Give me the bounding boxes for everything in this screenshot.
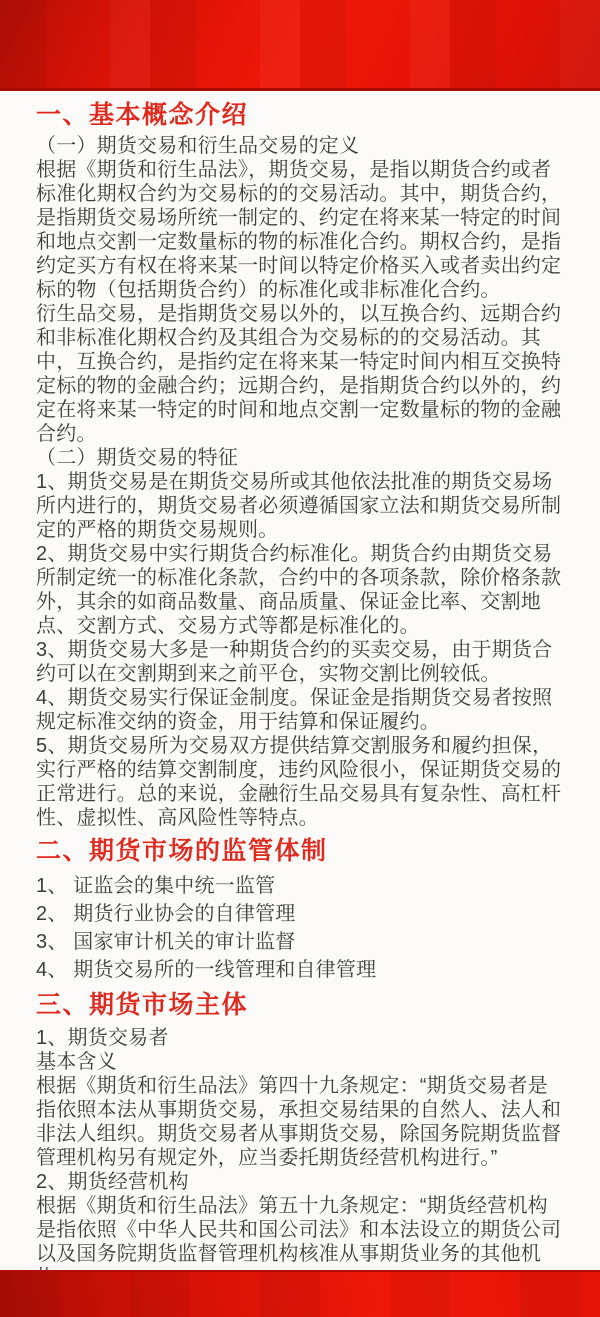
- paragraph: 衍生品交易，是指期货交易以外的，以互换合约、远期合约和非标准化期权合约及其组合为…: [36, 302, 564, 446]
- top-red-band: [0, 0, 600, 91]
- paragraph: 根据《期货和衍生品法》，期货交易，是指以期货合约或者标准化期权合约为交易标的的交…: [36, 158, 564, 302]
- regulation-list: 1、 证监会的集中统一监管 2、 期货行业协会的自律管理 3、 国家审计机关的审…: [36, 872, 564, 984]
- list-item: 3、 国家审计机关的审计监督: [36, 928, 564, 956]
- bottom-red-band: [0, 1270, 600, 1317]
- paragraph: 2、期货经营机构: [36, 1170, 564, 1194]
- paragraph: 2、期货交易中实行期货合约标准化。期货合约由期货交易所制定统一的标准化条款，合约…: [36, 542, 564, 638]
- paragraph: 3、期货交易大多是一种期货合约的买卖交易，由于期货合约可以在交割期到来之前平仓，…: [36, 638, 564, 686]
- paragraph: （二）期货交易的特征: [36, 446, 564, 470]
- paragraph: 根据《期货和衍生品法》第五十九条规定：“期货经营机构是指依照《中华人民共和国公司…: [36, 1194, 564, 1272]
- paragraph: 1、期货交易是在期货交易所或其他依法批准的期货交易场所内进行的，期货交易者必须遵…: [36, 470, 564, 542]
- document-page: 一、基本概念介绍 （一）期货交易和衍生品交易的定义 根据《期货和衍生品法》，期货…: [0, 0, 600, 1317]
- section-3-heading: 三、期货市场主体: [36, 990, 564, 1020]
- section-2-heading: 二、期货市场的监管体制: [36, 836, 564, 866]
- list-item: 4、 期货交易所的一线管理和自律管理: [36, 956, 564, 984]
- paragraph: 1、期货交易者: [36, 1026, 564, 1050]
- list-item: 1、 证监会的集中统一监管: [36, 872, 564, 900]
- section-1-heading: 一、基本概念介绍: [36, 100, 564, 130]
- paragraph: 4、期货交易实行保证金制度。保证金是指期货交易者按照规定标准交纳的资金，用于结算…: [36, 686, 564, 734]
- paragraph: 基本含义: [36, 1050, 564, 1074]
- list-item: 2、 期货行业协会的自律管理: [36, 900, 564, 928]
- paragraph: （一）期货交易和衍生品交易的定义: [36, 134, 564, 158]
- paragraph: 5、期货交易所为交易双方提供结算交割服务和履约担保，实行严格的结算交割制度，违约…: [36, 734, 564, 830]
- paragraph: 根据《期货和衍生品法》第四十九条规定：“期货交易者是指依照本法从事期货交易，承担…: [36, 1074, 564, 1170]
- content-area: 一、基本概念介绍 （一）期货交易和衍生品交易的定义 根据《期货和衍生品法》，期货…: [0, 88, 600, 1272]
